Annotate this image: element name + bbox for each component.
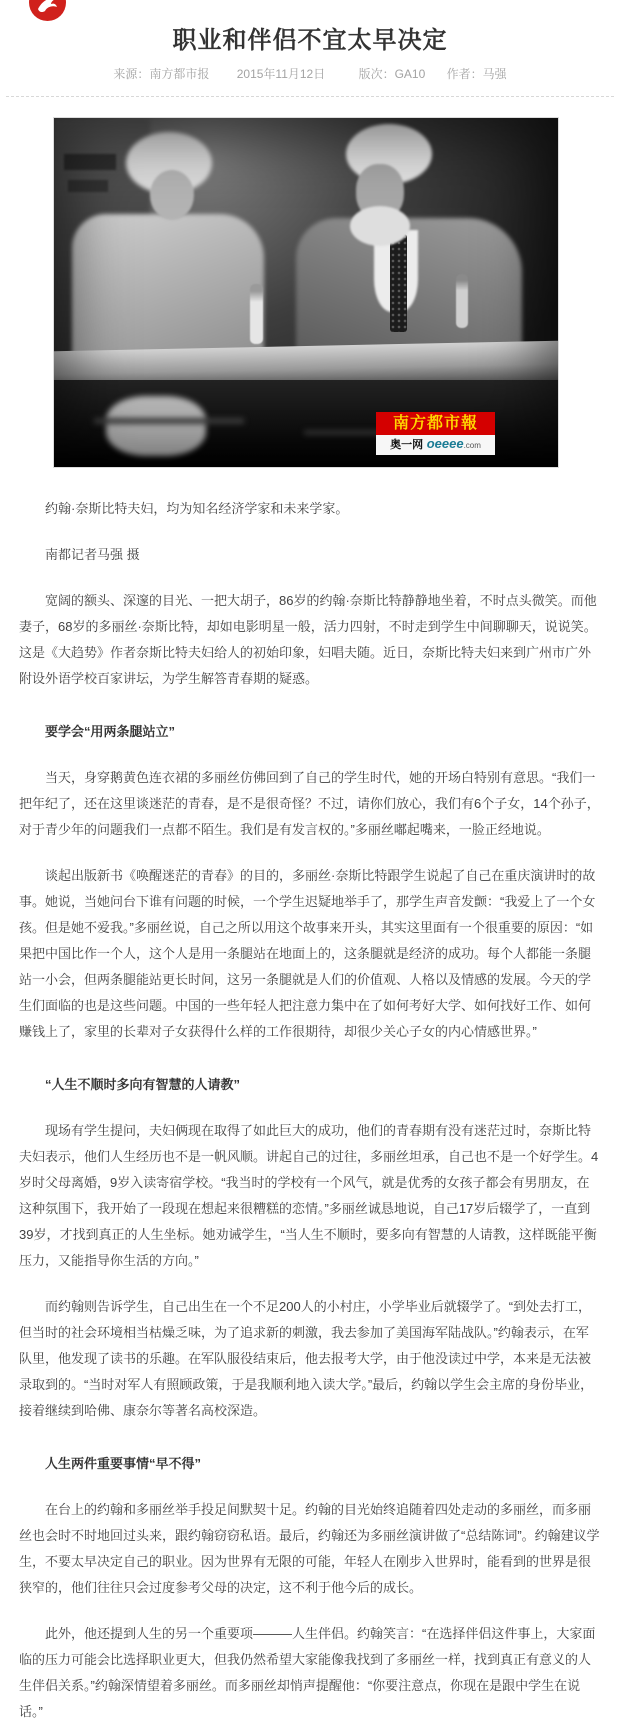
- paragraph: 谈起出版新书《唤醒迷茫的青春》的目的，多丽丝·奈斯比特跟学生说起了自己在重庆演讲…: [19, 863, 601, 1045]
- watermark-site-name: 奥一网 oeeee.com: [376, 435, 495, 455]
- subheading: 人生两件重要事情“早不得”: [19, 1451, 601, 1477]
- watermark-paper-name: 南方都市報: [376, 412, 495, 435]
- subheading: “人生不顺时多向有智慧的人请教”: [19, 1072, 601, 1098]
- subheading: 要学会“用两条腿站立”: [19, 719, 601, 745]
- watermark-com-label: .com: [464, 441, 481, 450]
- meta-author: 作者：马强: [447, 67, 507, 81]
- paragraph: 宽阔的额头、深邃的目光、一把大胡子，86岁的约翰·奈斯比特静静地坐着，不时点头微…: [19, 588, 601, 692]
- paragraph: 当天，身穿鹅黄色连衣裙的多丽丝仿佛回到了自己的学生时代，她的开场白特别有意思。“…: [19, 765, 601, 843]
- dashed-divider: [6, 96, 614, 97]
- watermark-aoyi-label: 奥一网: [390, 439, 423, 451]
- watermark-oeeee-label: oeeee: [423, 436, 463, 451]
- logo-bird-icon: [29, 0, 66, 21]
- paragraph: 现场有学生提问，夫妇俩现在取得了如此巨大的成功，他们的青春期有没有迷茫过时，奈斯…: [19, 1118, 601, 1274]
- photo-credit: 南都记者马强 摄: [19, 542, 601, 568]
- article-header: 职业和伴侣不宜太早决定 来源：南方都市报 2015年11月12日 版次：GA10…: [0, 0, 620, 82]
- paragraph: 此外，他还提到人生的另一个重要项———人生伴侣。约翰笑言：“在选择伴侣这件事上，…: [19, 1621, 601, 1724]
- article-page: 职业和伴侣不宜太早决定 来源：南方都市报 2015年11月12日 版次：GA10…: [0, 0, 620, 1724]
- paragraph: 在台上的约翰和多丽丝举手投足间默契十足。约翰的目光始终追随着四处走动的多丽丝，而…: [19, 1497, 601, 1601]
- photo-watermark: 南方都市報 奥一网 oeeee.com: [376, 412, 495, 455]
- meta-date: 2015年11月12日: [237, 67, 326, 81]
- meta-edition: 版次：GA10: [359, 67, 426, 81]
- photo-caption: 约翰·奈斯比特夫妇，均为知名经济学家和未来学家。: [19, 496, 601, 522]
- meta-line: 来源：南方都市报 2015年11月12日 版次：GA10 作者：马强: [0, 66, 620, 82]
- article-body: 约翰·奈斯比特夫妇，均为知名经济学家和未来学家。 南都记者马强 摄 宽阔的额头、…: [0, 496, 620, 1724]
- article-photo: 南方都市報 奥一网 oeeee.com: [53, 117, 559, 468]
- site-logo[interactable]: [29, 0, 66, 21]
- paragraph: 而约翰则告诉学生，自己出生在一个不足200人的小村庄，小学毕业后就辍学了。“到处…: [19, 1294, 601, 1424]
- page-title: 职业和伴侣不宜太早决定: [0, 26, 620, 56]
- meta-source: 来源：南方都市报: [113, 67, 209, 81]
